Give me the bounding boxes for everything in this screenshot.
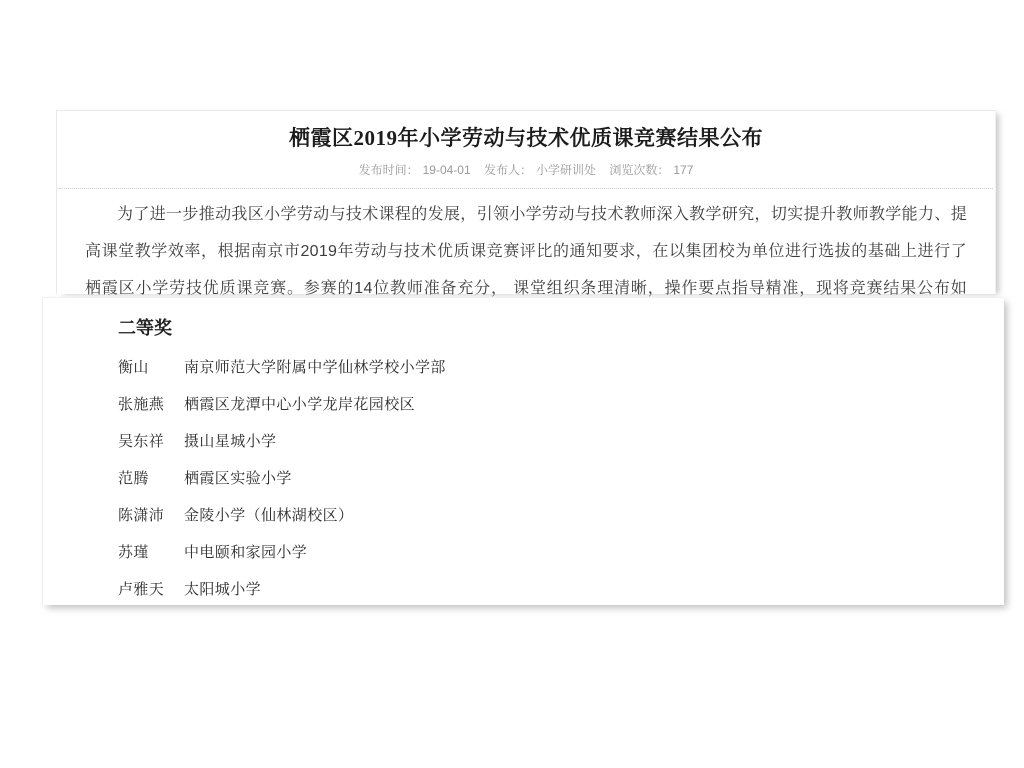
winner-row: 陈潇沛 金陵小学（仙林湖校区）: [118, 496, 1004, 533]
winner-name: 衡山: [118, 356, 184, 377]
winner-name: 陈潇沛: [118, 504, 184, 525]
winner-school: 金陵小学（仙林湖校区）: [184, 504, 1004, 525]
winner-row: 吴东祥 摄山星城小学: [118, 422, 1004, 459]
winner-name: 吴东祥: [118, 430, 184, 451]
page-background: 栖霞区2019年小学劳动与技术优质课竞赛结果公布 发布时间：19-04-01 发…: [0, 0, 1024, 768]
publish-time-label: 发布时间：: [359, 163, 419, 177]
winner-school: 栖霞区实验小学: [184, 467, 1004, 488]
winner-school: 栖霞区龙潭中心小学龙岸花园校区: [184, 393, 1004, 414]
winner-school: 中电颐和家园小学: [184, 541, 1004, 562]
publisher-value: 小学研训处: [536, 163, 596, 177]
winner-row: 张施燕 栖霞区龙潭中心小学龙岸花园校区: [118, 385, 1004, 422]
award-section-heading: 二等奖: [118, 317, 1004, 339]
winner-school: 南京师范大学附属中学仙林学校小学部: [184, 356, 1004, 377]
article-meta-line: 发布时间：19-04-01 发布人：小学研训处 浏览次数：177: [57, 161, 995, 178]
winner-row: 范腾 栖霞区实验小学: [118, 459, 1004, 496]
views-label: 浏览次数：: [609, 163, 669, 177]
views-value: 177: [673, 163, 693, 177]
winner-row: 衡山 南京师范大学附属中学仙林学校小学部: [118, 348, 1004, 385]
publish-time-value: 19-04-01: [423, 163, 471, 177]
winner-school: 摄山星城小学: [184, 430, 1004, 451]
winner-name: 卢雅天: [118, 578, 184, 599]
article-card: 栖霞区2019年小学劳动与技术优质课竞赛结果公布 发布时间：19-04-01 发…: [56, 110, 996, 294]
winner-name: 苏瑾: [118, 541, 184, 562]
page-title: 栖霞区2019年小学劳动与技术优质课竞赛结果公布: [57, 111, 995, 152]
winner-name: 范腾: [118, 467, 184, 488]
results-card: 二等奖 衡山 南京师范大学附属中学仙林学校小学部 张施燕 栖霞区龙潭中心小学龙岸…: [42, 297, 1004, 605]
publisher-label: 发布人：: [484, 163, 532, 177]
winner-school: 太阳城小学: [184, 578, 1004, 599]
winner-row: 卢雅天 太阳城小学: [118, 570, 1004, 607]
winner-row: 苏瑾 中电颐和家园小学: [118, 533, 1004, 570]
winner-list: 衡山 南京师范大学附属中学仙林学校小学部 张施燕 栖霞区龙潭中心小学龙岸花园校区…: [118, 348, 1004, 607]
winner-name: 张施燕: [118, 393, 184, 414]
